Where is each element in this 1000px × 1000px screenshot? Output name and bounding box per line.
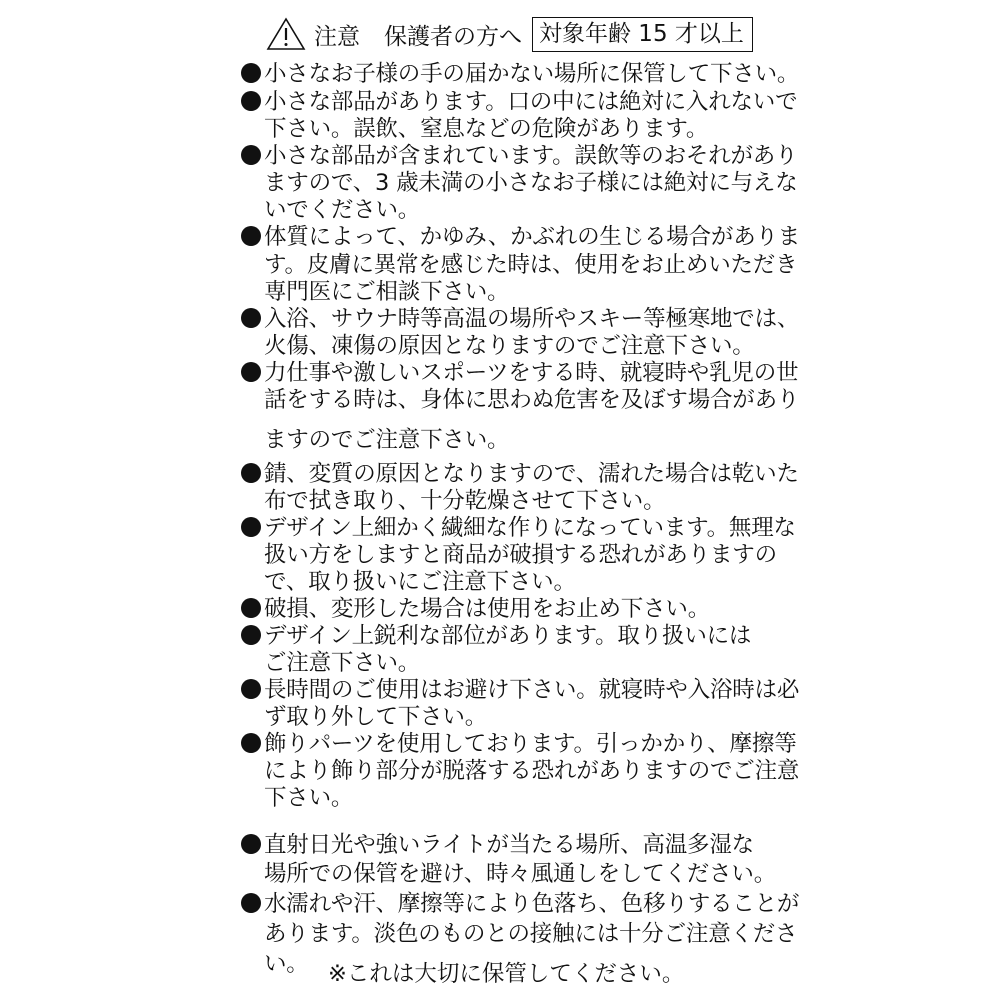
list-item: 小さな部品があります。口の中には絶対に入れないで <box>241 88 797 116</box>
list-item: 入浴、サウナ時等高温の場所やスキー等極寒地では、 <box>241 305 799 333</box>
list-item-continuation: 専門医にご相談下さい。 <box>264 278 509 306</box>
list-item-continuation: 布で拭き取り、十分乾燥させて下さい。 <box>264 487 665 515</box>
list-item: 破損、変形した場合は使用をお止め下さい。 <box>241 595 710 623</box>
bullet-icon <box>241 226 261 246</box>
bullet-icon <box>241 463 261 483</box>
bullet-icon <box>241 598 261 618</box>
list-item-continuation: 火傷、凍傷の原因となりますのでご注意下さい。 <box>264 332 755 360</box>
list-item: 小さな部品が含まれています。誤飲等のおそれがあり <box>241 142 797 170</box>
bullet-icon <box>241 63 261 83</box>
bullet-icon <box>241 625 261 645</box>
bullet-icon <box>241 145 261 165</box>
caution-title: 注意 <box>314 18 360 51</box>
list-item: 直射日光や強いライトが当たる場所、高温多湿な <box>241 831 754 859</box>
list-item-continuation: 話をする時は、身体に思わぬ危害を及ぼす場合があり <box>264 386 799 414</box>
list-item-continuation: す。皮膚に異常を感じた時は、使用をお止めいただき <box>264 251 797 279</box>
list-item: デザイン上鋭利な部位があります。取り扱いには <box>241 622 751 650</box>
list-item-continuation: 下さい。誤飲、窒息などの危険があります。 <box>264 115 708 143</box>
list-item: 力仕事や激しいスポーツをする時、就寝時や乳児の世 <box>241 359 798 387</box>
list-item: デザイン上細かく繊細な作りになっています。無理な <box>241 514 796 542</box>
list-item: 錆、変質の原因となりますので、濡れた場合は乾いた <box>241 460 799 488</box>
list-item-continuation: 下さい。 <box>264 784 353 812</box>
list-item: 体質によって、かゆみ、かぶれの生じる場合がありま <box>241 223 800 251</box>
bullet-icon <box>241 308 261 328</box>
list-item-continuation: あります。淡色のものとの接触には十分ご注意くださ <box>264 920 797 948</box>
bullet-icon <box>241 893 261 913</box>
list-item-continuation: 場所での保管を避け、時々風通しをしてください。 <box>264 860 776 888</box>
list-item: 水濡れや汗、摩擦等により色落ち、色移りすることが <box>241 890 799 918</box>
list-item-continuation: により飾り部分が脱落する恐れがありますのでご注意 <box>264 757 799 785</box>
list-item-continuation: ず取り外して下さい。 <box>264 703 487 731</box>
list-item: 飾りパーツを使用しております。引っかかり、摩擦等 <box>241 730 797 758</box>
bullet-icon <box>241 517 261 537</box>
list-item: 長時間のご使用はお避け下さい。就寝時や入浴時は必 <box>241 676 799 704</box>
warning-triangle-icon <box>266 17 306 51</box>
age-rating-badge: 対象年齢 15 才以上 <box>532 17 753 52</box>
bullet-icon <box>241 362 261 382</box>
list-item-continuation: いでください。 <box>264 196 420 224</box>
audience-label: 保護者の方へ <box>384 18 522 51</box>
list-item-continuation: ますので、3 歳未満の小さなお子様には絶対に与えな <box>264 169 798 197</box>
list-item-continuation: い。 <box>264 950 309 978</box>
list-item-continuation: 扱い方をしますと商品が破損する恐れがありますの <box>264 541 777 569</box>
bullet-icon <box>241 733 261 753</box>
storage-note: ※これは大切に保管してください。 <box>328 960 684 988</box>
caution-header: 注意 保護者の方へ 対象年齢 15 才以上 <box>266 14 753 54</box>
list-item-continuation: で、取り扱いにご注意下さい。 <box>264 568 576 596</box>
bullet-icon <box>241 679 261 699</box>
list-item: 小さなお子様の手の届かない場所に保管して下さい。 <box>241 60 799 88</box>
list-item-continuation: ますのでご注意下さい。 <box>264 426 509 454</box>
caution-label-document: 注意 保護者の方へ 対象年齢 15 才以上 小さなお子様の手の届かない場所に保管… <box>0 0 1000 1000</box>
list-item-continuation: ご注意下さい。 <box>264 649 420 677</box>
bullet-icon <box>241 834 261 854</box>
bullet-icon <box>241 91 261 111</box>
